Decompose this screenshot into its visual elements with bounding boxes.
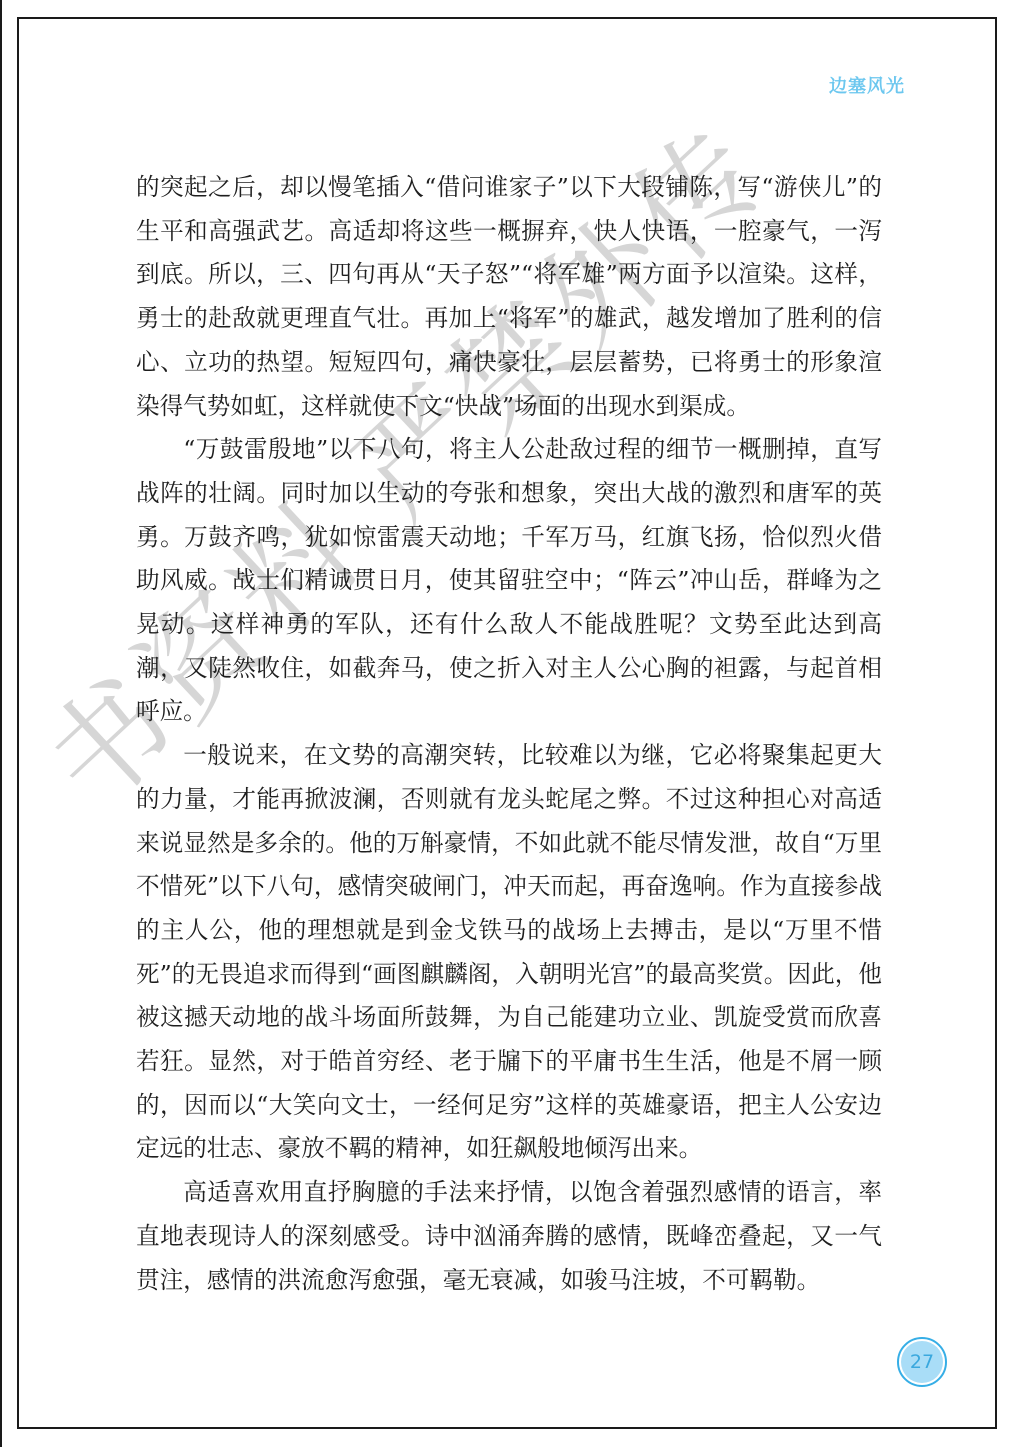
page-number: 27: [901, 1341, 943, 1383]
page-number-badge: 27: [897, 1337, 947, 1387]
running-header-section-title: 边塞风光: [829, 72, 905, 98]
paragraph-1: 的突起之后，却以慢笔插入“借问谁家子”以下大段铺陈，写“游侠儿”的生平和高强武艺…: [136, 166, 882, 428]
paragraph-4: 高适喜欢用直抒胸臆的手法来抒情，以饱含着强烈感情的语言，率直地表现诗人的深刻感受…: [136, 1171, 882, 1302]
article-body: 的突起之后，却以慢笔插入“借问谁家子”以下大段铺陈，写“游侠儿”的生平和高强武艺…: [136, 166, 882, 1302]
paragraph-3: 一般说来，在文势的高潮突转，比较难以为继，它必将聚集起更大的力量，才能再掀波澜，…: [136, 734, 882, 1171]
paragraph-2: “万鼓雷殷地”以下八句，将主人公赴敌过程的细节一概删掉，直写战阵的壮阔。同时加以…: [136, 428, 882, 734]
scan-edge-line: [0, 0, 2, 1447]
